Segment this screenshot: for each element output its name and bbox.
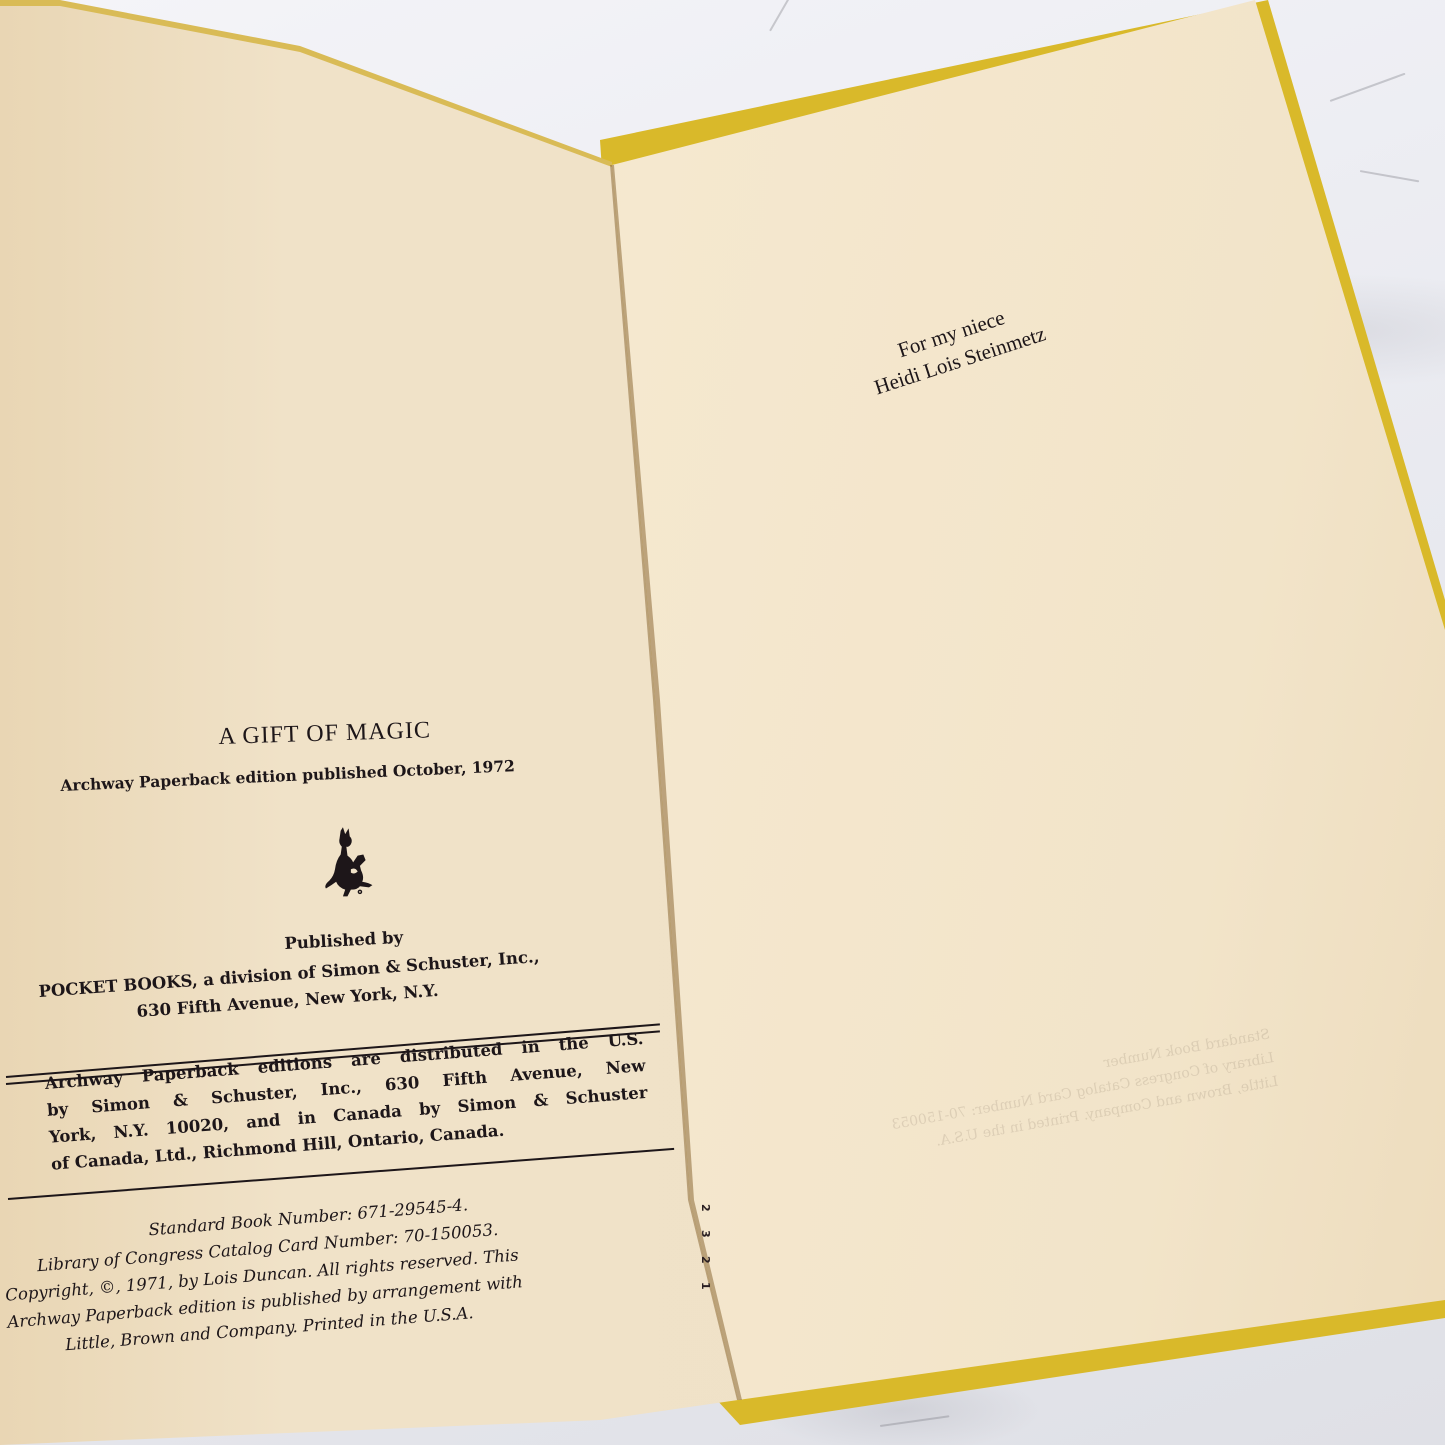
kangaroo-reading-book-icon (318, 808, 386, 918)
printer-marks: 2 3 2 1 (700, 1196, 710, 1300)
printer-mark: 3 (692, 1230, 718, 1240)
marble-vein (1360, 170, 1419, 182)
marble-vein (769, 0, 796, 31)
marble-vein (1330, 73, 1406, 102)
printer-mark: 1 (692, 1282, 718, 1292)
marble-vein (880, 1415, 950, 1427)
printer-mark: 2 (692, 1256, 718, 1266)
printer-mark: 2 (692, 1204, 718, 1214)
